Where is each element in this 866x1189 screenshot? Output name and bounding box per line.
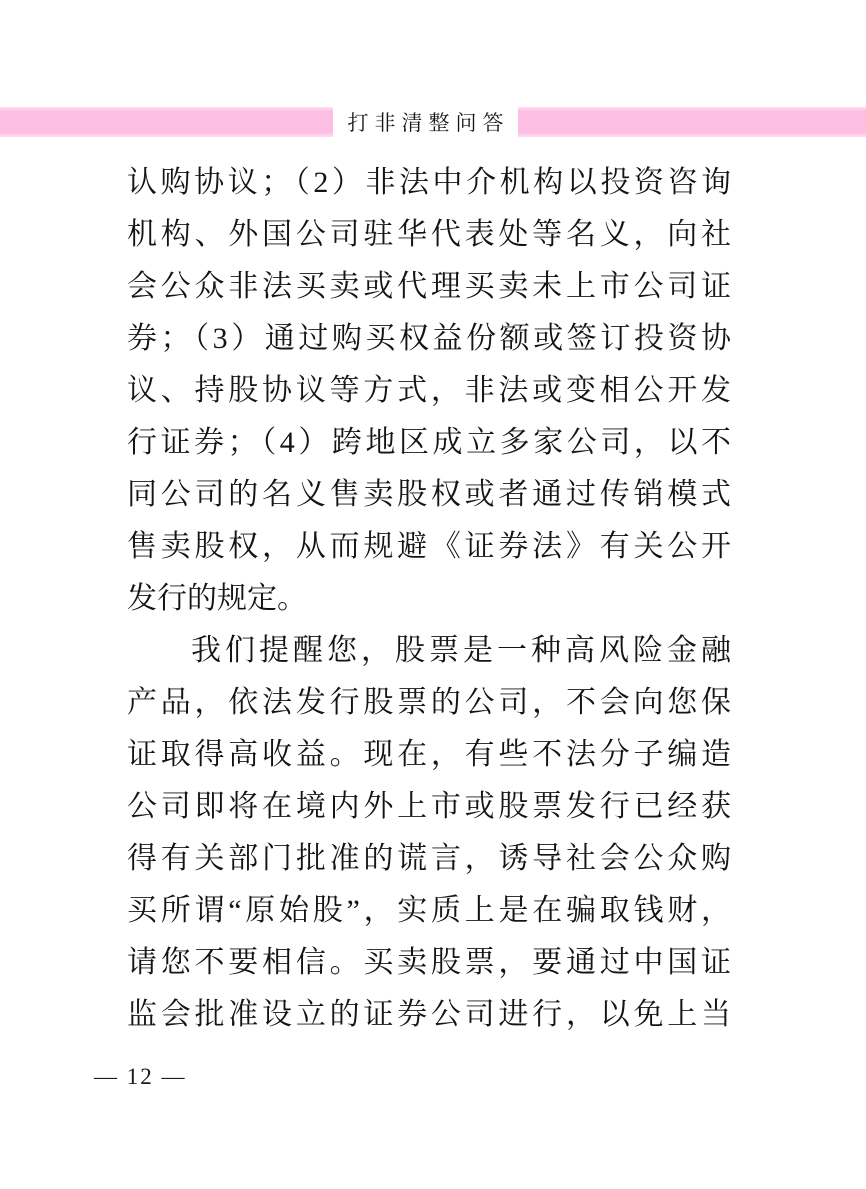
- text-line-paragraph-start: 我们提醒您，股票是一种高风险金融: [127, 625, 731, 677]
- page-footer: — 12 —: [94, 1064, 187, 1090]
- page-number: — 12 —: [94, 1064, 187, 1089]
- text-line: 机构、外国公司驻华代表处等名义，向社: [127, 209, 731, 261]
- text-line: 行证券；（4）跨地区成立多家公司，以不: [127, 417, 731, 469]
- running-head-title: 打非清整问答: [342, 107, 510, 137]
- text-line: 产品，依法发行股票的公司，不会向您保: [127, 677, 731, 729]
- text-line-paragraph-end: 发行的规定。: [127, 573, 731, 625]
- text-line: 同公司的名义售卖股权或者通过传销模式: [127, 469, 731, 521]
- text-line: 券；（3）通过购买权益份额或签订投资协: [127, 313, 731, 365]
- text-line: 认购协议；（2）非法中介机构以投资咨询: [127, 157, 731, 209]
- text-line: 请您不要相信。买卖股票，要通过中国证: [127, 937, 731, 989]
- text-line: 证取得高收益。现在，有些不法分子编造: [127, 729, 731, 781]
- header-band-right: [518, 107, 866, 137]
- text-line: 监会批准设立的证券公司进行，以免上当: [127, 989, 731, 1041]
- text-line: 议、持股协议等方式，非法或变相公开发: [127, 365, 731, 417]
- book-page: 打非清整问答 认购协议；（2）非法中介机构以投资咨询 机构、外国公司驻华代表处等…: [0, 0, 866, 1189]
- text-line: 得有关部门批准的谎言，诱导社会公众购: [127, 833, 731, 885]
- running-head: 打非清整问答: [0, 107, 866, 137]
- text-line: 售卖股权，从而规避《证券法》有关公开: [127, 521, 731, 573]
- header-title-box: 打非清整问答: [333, 107, 518, 137]
- header-band-left: [0, 107, 333, 137]
- text-line: 买所谓“原始股”，实质上是在骗取钱财，: [127, 885, 731, 937]
- text-line: 公司即将在境内外上市或股票发行已经获: [127, 781, 731, 833]
- body-text-block: 认购协议；（2）非法中介机构以投资咨询 机构、外国公司驻华代表处等名义，向社 会…: [127, 157, 731, 1041]
- text-line: 会公众非法买卖或代理买卖未上市公司证: [127, 261, 731, 313]
